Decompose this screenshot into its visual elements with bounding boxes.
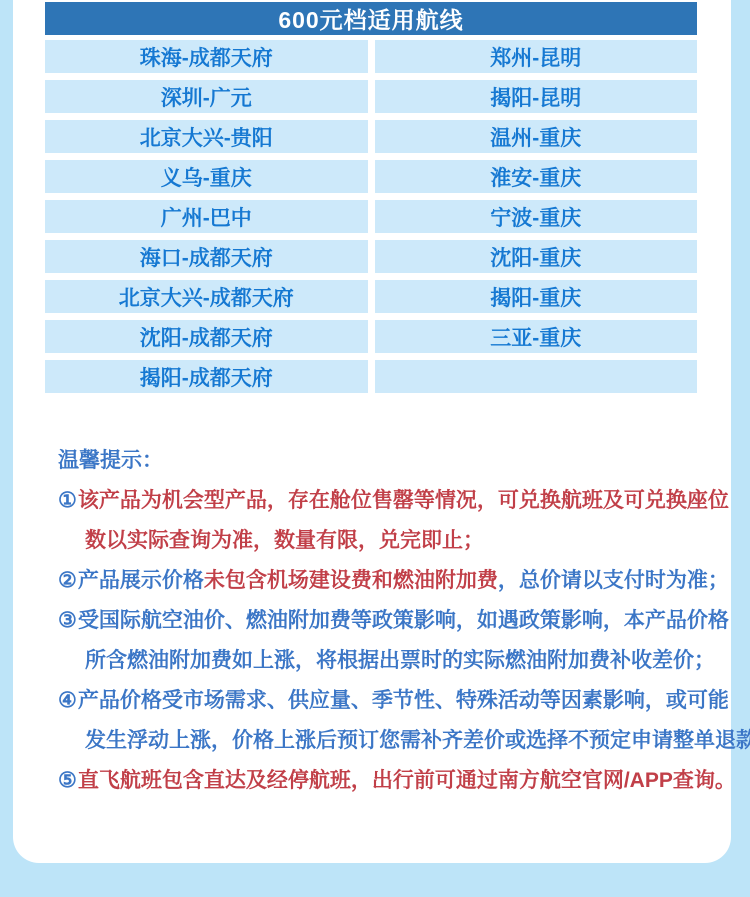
route-row: 海口-成都天府 沈阳-重庆 bbox=[45, 240, 697, 273]
tip-text: 所含燃油附加费如上涨，将根据出票时的实际燃油附加费补收差价； bbox=[85, 649, 715, 672]
table-header: 600元档适用航线 bbox=[45, 2, 697, 35]
route-row: 珠海-成都天府 郑州-昆明 bbox=[45, 40, 697, 73]
route-cell: 海口-成都天府 bbox=[45, 240, 368, 273]
tip-number: ② bbox=[58, 569, 77, 592]
route-cell: 北京大兴-成都天府 bbox=[45, 280, 368, 313]
route-cell: 温州-重庆 bbox=[375, 120, 698, 153]
tip-item-1: ①该产品为机会型产品，存在舱位售罄等情况，可兑换航班及可兑换座位 数以实际查询为… bbox=[58, 481, 730, 561]
route-row: 义乌-重庆 淮安-重庆 bbox=[45, 160, 697, 193]
route-cell: 广州-巴中 bbox=[45, 200, 368, 233]
tips-heading: 温馨提示： bbox=[58, 441, 730, 481]
route-cell: 义乌-重庆 bbox=[45, 160, 368, 193]
route-cell: 揭阳-重庆 bbox=[375, 280, 698, 313]
tip-item-4: ④产品价格受市场需求、供应量、季节性、特殊活动等因素影响，或可能 发生浮动上涨，… bbox=[58, 681, 730, 761]
route-cell: 沈阳-重庆 bbox=[375, 240, 698, 273]
route-cell-empty bbox=[375, 360, 698, 393]
route-cell: 淮安-重庆 bbox=[375, 160, 698, 193]
tip-text-highlight: 未包含机场建设费和燃油附加费 bbox=[204, 569, 498, 592]
route-row: 沈阳-成都天府 三亚-重庆 bbox=[45, 320, 697, 353]
tip-text: 产品价格受市场需求、供应量、季节性、特殊活动等因素影响，或可能 bbox=[78, 689, 729, 712]
route-cell: 珠海-成都天府 bbox=[45, 40, 368, 73]
tip-text: 产品展示价格 bbox=[78, 569, 204, 592]
route-cell: 宁波-重庆 bbox=[375, 200, 698, 233]
tip-text: 发生浮动上涨，价格上涨后预订您需补齐差价或选择不预定申请整单退款 bbox=[85, 729, 750, 752]
tip-number: ① bbox=[58, 489, 77, 512]
route-cell: 揭阳-成都天府 bbox=[45, 360, 368, 393]
tip-item-2: ②产品展示价格未包含机场建设费和燃油附加费，总价请以支付时为准； bbox=[58, 561, 730, 601]
tip-text: ，总价请以支付时为准； bbox=[498, 569, 729, 592]
tip-item-3: ③受国际航空油价、燃油附加费等政策影响，如遇政策影响，本产品价格 所含燃油附加费… bbox=[58, 601, 730, 681]
route-cell: 深圳-广元 bbox=[45, 80, 368, 113]
route-row: 深圳-广元 揭阳-昆明 bbox=[45, 80, 697, 113]
price-tier-route-table: 600元档适用航线 珠海-成都天府 郑州-昆明 深圳-广元 揭阳-昆明 北京大兴… bbox=[45, 2, 697, 400]
tip-number: ④ bbox=[58, 689, 77, 712]
tips-section: 温馨提示： ①该产品为机会型产品，存在舱位售罄等情况，可兑换航班及可兑换座位 数… bbox=[58, 441, 730, 801]
route-cell: 揭阳-昆明 bbox=[375, 80, 698, 113]
route-cell: 三亚-重庆 bbox=[375, 320, 698, 353]
route-cell: 北京大兴-贵阳 bbox=[45, 120, 368, 153]
tip-item-5: ⑤直飞航班包含直达及经停航班，出行前可通过南方航空官网/APP查询。 bbox=[58, 761, 730, 801]
content-card: 600元档适用航线 珠海-成都天府 郑州-昆明 深圳-广元 揭阳-昆明 北京大兴… bbox=[13, 0, 731, 863]
route-row: 北京大兴-成都天府 揭阳-重庆 bbox=[45, 280, 697, 313]
tip-text: 受国际航空油价、燃油附加费等政策影响，如遇政策影响，本产品价格 bbox=[78, 609, 729, 632]
tip-text: 该产品为机会型产品，存在舱位售罄等情况，可兑换航班及可兑换座位 bbox=[78, 489, 729, 512]
route-row: 广州-巴中 宁波-重庆 bbox=[45, 200, 697, 233]
route-row: 揭阳-成都天府 bbox=[45, 360, 697, 393]
tip-text: 数以实际查询为准，数量有限，兑完即止； bbox=[85, 529, 484, 552]
route-cell: 郑州-昆明 bbox=[375, 40, 698, 73]
route-row: 北京大兴-贵阳 温州-重庆 bbox=[45, 120, 697, 153]
tip-number: ③ bbox=[58, 609, 77, 632]
tip-text: 直飞航班包含直达及经停航班，出行前可通过南方航空官网/APP查询。 bbox=[78, 769, 736, 792]
route-cell: 沈阳-成都天府 bbox=[45, 320, 368, 353]
tip-number: ⑤ bbox=[58, 769, 77, 792]
